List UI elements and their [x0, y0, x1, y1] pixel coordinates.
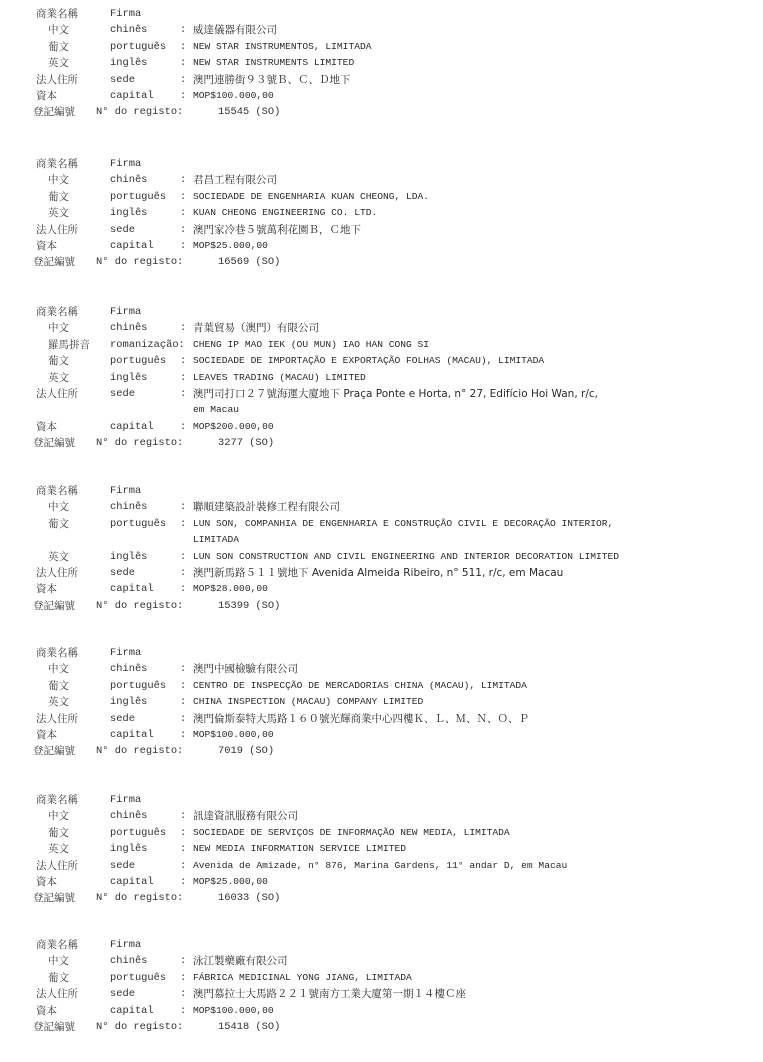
capital-value: MOP$28.000,00: [193, 581, 268, 597]
portuguese-label-pt: português: [110, 516, 166, 532]
portuguese-label-zh: 葡文: [48, 678, 69, 694]
english-name: NEW STAR INSTRUMENTS LIMITED: [193, 55, 354, 71]
firm-label-pt: Firma: [110, 156, 141, 172]
firm-label-zh: 商業名稱: [36, 6, 78, 22]
portuguese-name: CENTRO DE INSPECÇÃO DE MERCADORIAS CHINA…: [193, 678, 527, 694]
chinese-label-zh: 中文: [48, 808, 69, 824]
firm-label-zh: 商業名稱: [36, 937, 78, 953]
portuguese-label-zh: 葡文: [48, 516, 69, 532]
seat-label-zh: 法人住所: [36, 986, 78, 1002]
chinese-label-pt: chinês: [110, 808, 147, 824]
firm-label-pt: Firma: [110, 792, 141, 808]
registry-label-zh: 登記編號: [33, 598, 75, 614]
firm-label-zh: 商業名稱: [36, 156, 78, 172]
seat-address: 澳門新馬路５１１號地下 Avenida Almeida Ribeiro, n° …: [193, 565, 563, 581]
colon: :: [180, 661, 186, 677]
colon: :: [180, 88, 186, 104]
english-label-zh: 英文: [48, 370, 69, 386]
firm-label-zh: 商業名稱: [36, 792, 78, 808]
portuguese-label-pt: português: [110, 353, 166, 369]
registry-label-pt: N° do registo:: [96, 254, 183, 270]
chinese-label-pt: chinês: [110, 499, 147, 515]
seat-label-pt: sede: [110, 711, 135, 727]
portuguese-name: SOCIEDADE DE SERVIÇOS DE INFORMAÇÃO NEW …: [193, 825, 510, 841]
portuguese-label-zh: 葡文: [48, 825, 69, 841]
english-label-pt: inglês: [110, 370, 147, 386]
registry-label-zh: 登記編號: [33, 1019, 75, 1035]
registry-label-pt: N° do registo:: [96, 598, 183, 614]
chinese-label-pt: chinês: [110, 953, 147, 969]
registry-label-zh: 登記編號: [33, 743, 75, 759]
capital-value: MOP$25.000,00: [193, 238, 268, 254]
english-name: NEW MEDIA INFORMATION SERVICE LIMITED: [193, 841, 406, 857]
colon: :: [180, 172, 186, 188]
seat-label-zh: 法人住所: [36, 386, 78, 402]
seat-label-pt: sede: [110, 858, 135, 874]
company-entry-6: 商業名稱Firma 中文chinês:訊達資訊服務有限公司 葡文portuguê…: [0, 792, 763, 907]
firm-label-pt: Firma: [110, 6, 141, 22]
capital-label-pt: capital: [110, 581, 154, 597]
firm-label-zh: 商業名稱: [36, 483, 78, 499]
capital-value: MOP$25.000,00: [193, 874, 268, 890]
capital-label-pt: capital: [110, 238, 154, 254]
registry-number: 16033 (SO): [218, 890, 280, 906]
capital-value: MOP$100.000,00: [193, 1003, 274, 1019]
seat-label-pt: sede: [110, 72, 135, 88]
english-label-pt: inglês: [110, 205, 147, 221]
chinese-label-zh: 中文: [48, 953, 69, 969]
firm-label-pt: Firma: [110, 304, 141, 320]
portuguese-label-pt: português: [110, 825, 166, 841]
colon: :: [180, 205, 186, 221]
colon: :: [180, 370, 186, 386]
portuguese-name: NEW STAR INSTRUMENTOS, LIMITADA: [193, 39, 371, 55]
seat-label-zh: 法人住所: [36, 711, 78, 727]
chinese-label-pt: chinês: [110, 320, 147, 336]
colon: :: [180, 419, 186, 435]
english-name: CHINA INSPECTION (MACAU) COMPANY LIMITED: [193, 694, 423, 710]
capital-label-zh: 資本: [36, 1003, 57, 1019]
english-label-zh: 英文: [48, 841, 69, 857]
registry-label-pt: N° do registo:: [96, 890, 183, 906]
chinese-label-pt: chinês: [110, 22, 147, 38]
portuguese-name: SOCIEDADE DE IMPORTAÇÃO E EXPORTAÇÃO FOL…: [193, 353, 544, 369]
capital-label-zh: 資本: [36, 88, 57, 104]
english-label-zh: 英文: [48, 55, 69, 71]
capital-value: MOP$100.000,00: [193, 88, 274, 104]
portuguese-label-zh: 葡文: [48, 189, 69, 205]
chinese-name: 青葉貿易（澳門）有限公司: [193, 320, 319, 336]
seat-label-zh: 法人住所: [36, 565, 78, 581]
english-label-zh: 英文: [48, 205, 69, 221]
portuguese-label-zh: 葡文: [48, 970, 69, 986]
colon: :: [180, 189, 186, 205]
seat-address: 澳門連勝街９３號Ｂ、Ｃ、Ｄ地下: [193, 72, 351, 88]
colon: :: [180, 986, 186, 1002]
firm-label-pt: Firma: [110, 645, 141, 661]
chinese-label-zh: 中文: [48, 661, 69, 677]
colon: :: [180, 565, 186, 581]
chinese-name: 澳門中國檢驗有限公司: [193, 661, 298, 677]
registry-label-pt: N° do registo:: [96, 743, 183, 759]
colon: :: [180, 953, 186, 969]
portuguese-name: FÁBRICA MEDICINAL YONG JIANG, LIMITADA: [193, 970, 412, 986]
english-label-pt: inglês: [110, 549, 147, 565]
capital-label-zh: 資本: [36, 419, 57, 435]
seat-address-continued: em Macau: [193, 402, 239, 418]
chinese-label-zh: 中文: [48, 499, 69, 515]
colon: :: [180, 841, 186, 857]
colon: :: [180, 678, 186, 694]
english-label-zh: 英文: [48, 694, 69, 710]
colon: :: [180, 825, 186, 841]
capital-label-pt: capital: [110, 874, 154, 890]
registry-number: 15418 (SO): [218, 1019, 280, 1035]
chinese-label-pt: chinês: [110, 661, 147, 677]
colon: :: [180, 320, 186, 336]
english-name: KUAN CHEONG ENGINEERING CO. LTD.: [193, 205, 377, 221]
colon: :: [180, 694, 186, 710]
colon: :: [180, 858, 186, 874]
capital-label-zh: 資本: [36, 727, 57, 743]
registry-number: 15399 (SO): [218, 598, 280, 614]
seat-label-pt: sede: [110, 222, 135, 238]
capital-label-zh: 資本: [36, 874, 57, 890]
registry-label-pt: N° do registo:: [96, 435, 183, 451]
colon: :: [180, 499, 186, 515]
colon: :: [180, 222, 186, 238]
portuguese-label-pt: português: [110, 189, 166, 205]
registry-label-zh: 登記編號: [33, 254, 75, 270]
colon: :: [180, 808, 186, 824]
seat-label-zh: 法人住所: [36, 222, 78, 238]
english-name: LUN SON CONSTRUCTION AND CIVIL ENGINEERI…: [193, 549, 619, 565]
colon: :: [180, 711, 186, 727]
capital-label-zh: 資本: [36, 581, 57, 597]
company-entry-4: 商業名稱Firma 中文chinês:聯順建築設計裝修工程有限公司 葡文port…: [0, 483, 763, 614]
colon: :: [180, 970, 186, 986]
company-entry-3: 商業名稱Firma 中文chinês:青葉貿易（澳門）有限公司 羅馬拼音roma…: [0, 304, 763, 452]
portuguese-name: LUN SON, COMPANHIA DE ENGENHARIA E CONST…: [193, 516, 613, 532]
romanization-label-pt: romanização:: [110, 337, 185, 353]
colon: :: [180, 353, 186, 369]
seat-label-zh: 法人住所: [36, 858, 78, 874]
capital-label-zh: 資本: [36, 238, 57, 254]
english-label-pt: inglês: [110, 55, 147, 71]
portuguese-label-pt: português: [110, 970, 166, 986]
firm-label-zh: 商業名稱: [36, 645, 78, 661]
chinese-name: 聯順建築設計裝修工程有限公司: [193, 499, 340, 515]
seat-address: 澳門家冷巷５號萬利花園Ｂ，Ｃ地下: [193, 222, 361, 238]
seat-label-pt: sede: [110, 565, 135, 581]
registry-number: 3277 (SO): [218, 435, 274, 451]
colon: :: [180, 238, 186, 254]
capital-label-pt: capital: [110, 88, 154, 104]
seat-label-pt: sede: [110, 386, 135, 402]
colon: :: [180, 386, 186, 402]
portuguese-label-zh: 葡文: [48, 353, 69, 369]
colon: :: [180, 727, 186, 743]
seat-address: 澳門司打口２７號海運大廈地下 Praça Ponte e Horta, n° 2…: [193, 386, 598, 402]
portuguese-name: SOCIEDADE DE ENGENHARIA KUAN CHEONG, LDA…: [193, 189, 429, 205]
registry-number: 16569 (SO): [218, 254, 280, 270]
colon: :: [180, 549, 186, 565]
company-entry-5: 商業名稱Firma 中文chinês:澳門中國檢驗有限公司 葡文portuguê…: [0, 645, 763, 760]
portuguese-name-continued: LIMITADA: [193, 532, 239, 548]
firm-label-pt: Firma: [110, 483, 141, 499]
chinese-name: 泳江製藥廠有限公司: [193, 953, 288, 969]
capital-value: MOP$200.000,00: [193, 419, 274, 435]
colon: :: [180, 1003, 186, 1019]
colon: :: [180, 72, 186, 88]
english-label-zh: 英文: [48, 549, 69, 565]
colon: :: [180, 516, 186, 532]
registry-number: 7019 (SO): [218, 743, 274, 759]
registry-label-pt: N° do registo:: [96, 104, 183, 120]
romanization-name: CHENG IP MAO IEK (OU MUN) IAO HAN CONG S…: [193, 337, 429, 353]
english-label-pt: inglês: [110, 694, 147, 710]
registry-number: 15545 (SO): [218, 104, 280, 120]
colon: :: [180, 22, 186, 38]
firm-label-zh: 商業名稱: [36, 304, 78, 320]
portuguese-label-pt: português: [110, 39, 166, 55]
capital-label-pt: capital: [110, 727, 154, 743]
seat-address: Avenida de Amizade, n° 876, Marina Garde…: [193, 858, 567, 874]
company-entry-2: 商業名稱Firma 中文chinês:君昌工程有限公司 葡文português:…: [0, 156, 763, 271]
registry-label-zh: 登記編號: [33, 104, 75, 120]
romanization-label-zh: 羅馬拼音: [48, 337, 90, 353]
registry-label-zh: 登記編號: [33, 890, 75, 906]
chinese-name: 威達儀器有限公司: [193, 22, 277, 38]
capital-label-pt: capital: [110, 1003, 154, 1019]
seat-label-pt: sede: [110, 986, 135, 1002]
chinese-label-zh: 中文: [48, 22, 69, 38]
registry-label-pt: N° do registo:: [96, 1019, 183, 1035]
portuguese-label-pt: português: [110, 678, 166, 694]
portuguese-label-zh: 葡文: [48, 39, 69, 55]
english-name: LEAVES TRADING (MACAU) LIMITED: [193, 370, 366, 386]
seat-label-zh: 法人住所: [36, 72, 78, 88]
english-label-pt: inglês: [110, 841, 147, 857]
seat-address: 澳門倫斯泰特大馬路１６０號光輝商業中心四樓Ｋ、Ｌ、Ｍ、Ｎ、Ｏ、Ｐ: [193, 711, 529, 727]
seat-address: 澳門慕拉士大馬路２２１號南方工業大廈第一期１４樓Ｃ座: [193, 986, 466, 1002]
firm-label-pt: Firma: [110, 937, 141, 953]
capital-value: MOP$100.000,00: [193, 727, 274, 743]
chinese-label-zh: 中文: [48, 172, 69, 188]
company-entry-7: 商業名稱Firma 中文chinês:泳江製藥廠有限公司 葡文português…: [0, 937, 763, 1035]
colon: :: [180, 39, 186, 55]
chinese-label-pt: chinês: [110, 172, 147, 188]
chinese-label-zh: 中文: [48, 320, 69, 336]
colon: :: [180, 55, 186, 71]
chinese-name: 君昌工程有限公司: [193, 172, 277, 188]
colon: :: [180, 581, 186, 597]
company-entry-1: 商業名稱Firma 中文chinês:威達儀器有限公司 葡文português:…: [0, 6, 763, 121]
colon: :: [180, 874, 186, 890]
capital-label-pt: capital: [110, 419, 154, 435]
registry-label-zh: 登記編號: [33, 435, 75, 451]
chinese-name: 訊達資訊服務有限公司: [193, 808, 298, 824]
